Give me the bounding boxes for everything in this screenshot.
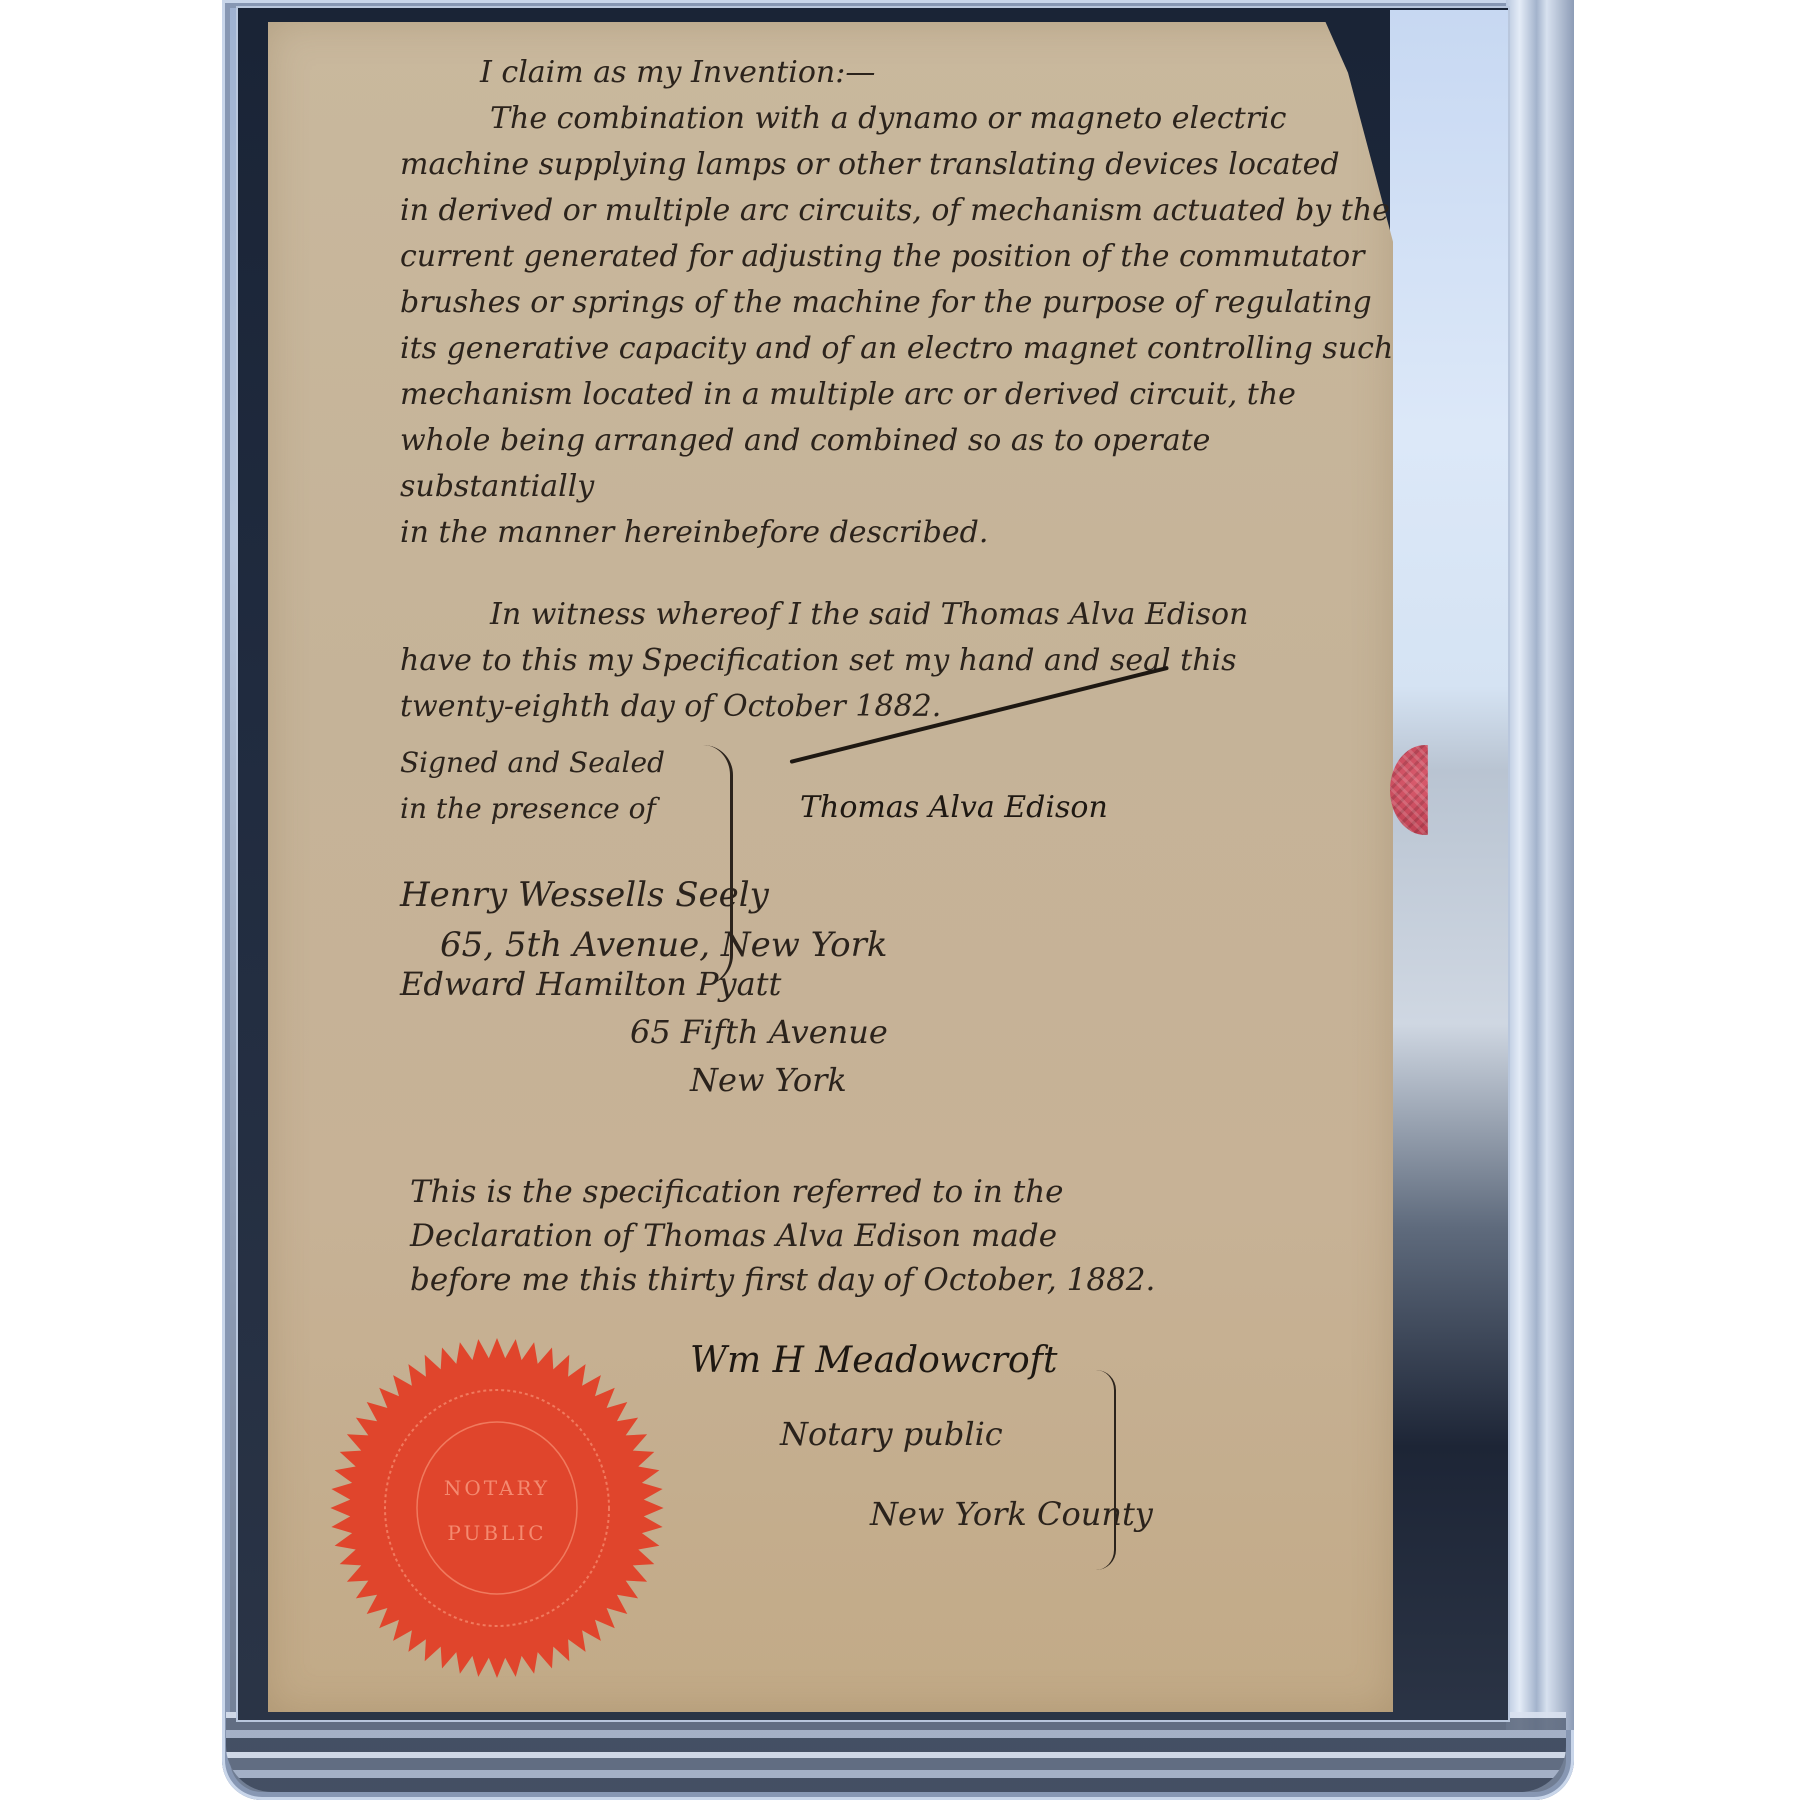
inventor-signature: Thomas Alva Edison	[800, 790, 1108, 825]
witness-name: Edward Hamilton Pyatt	[400, 960, 888, 1008]
notary-line: Declaration of Thomas Alva Edison made	[410, 1214, 1370, 1258]
svg-text:NOTARY: NOTARY	[444, 1476, 550, 1500]
witness-name: Henry Wessells Seely	[400, 870, 888, 920]
claim-line: mechanism located in a multiple arc or d…	[400, 372, 1400, 418]
notary-line: before me this thirty first day of Octob…	[410, 1258, 1370, 1302]
witness-address: 65 Fifth Avenue	[400, 1008, 888, 1056]
glass-reflection	[1390, 10, 1508, 1700]
claim-line: current generated for adjusting the posi…	[400, 234, 1400, 280]
claim-section: I claim as my Invention:— The combinatio…	[400, 50, 1400, 730]
brace-mark	[1090, 1370, 1116, 1570]
signed-sealed-line: Signed and Sealed	[400, 740, 665, 786]
witness-address: New York	[400, 1056, 888, 1104]
notary-signature: Wm H Meadowcroft	[690, 1340, 1057, 1381]
case-rim-right	[1506, 0, 1574, 1730]
claim-heading: I claim as my Invention:—	[400, 50, 1400, 96]
witness-clause-line: In witness whereof I the said Thomas Alv…	[400, 592, 1400, 638]
notary-line: This is the specification referred to in…	[410, 1170, 1370, 1214]
witness-clause-line: twenty-eighth day of October 1882.	[400, 684, 1400, 730]
claim-line: machine supplying lamps or other transla…	[400, 142, 1400, 188]
notary-seal-icon: NOTARY PUBLIC	[325, 1330, 670, 1685]
claim-line: its generative capacity and of an electr…	[400, 326, 1400, 372]
svg-text:PUBLIC: PUBLIC	[447, 1521, 546, 1545]
case-rim-bottom	[226, 1712, 1566, 1792]
claim-line: in the manner hereinbefore described.	[400, 510, 1400, 556]
witness-2: Edward Hamilton Pyatt 65 Fifth Avenue Ne…	[400, 960, 888, 1104]
notary-statement: This is the specification referred to in…	[410, 1170, 1370, 1302]
claim-line: The combination with a dynamo or magneto…	[400, 96, 1400, 142]
claim-line: brushes or springs of the machine for th…	[400, 280, 1400, 326]
claim-line: whole being arranged and combined so as …	[400, 418, 1400, 510]
witness-clause-line: have to this my Specification set my han…	[400, 638, 1400, 684]
claim-line: in derived or multiple arc circuits, of …	[400, 188, 1400, 234]
signed-sealed-line: in the presence of	[400, 786, 665, 832]
witness-1: Henry Wessells Seely 65, 5th Avenue, New…	[400, 870, 888, 970]
signed-sealed-label: Signed and Sealed in the presence of	[400, 740, 665, 832]
notary-title: Notary public	[780, 1415, 1003, 1453]
